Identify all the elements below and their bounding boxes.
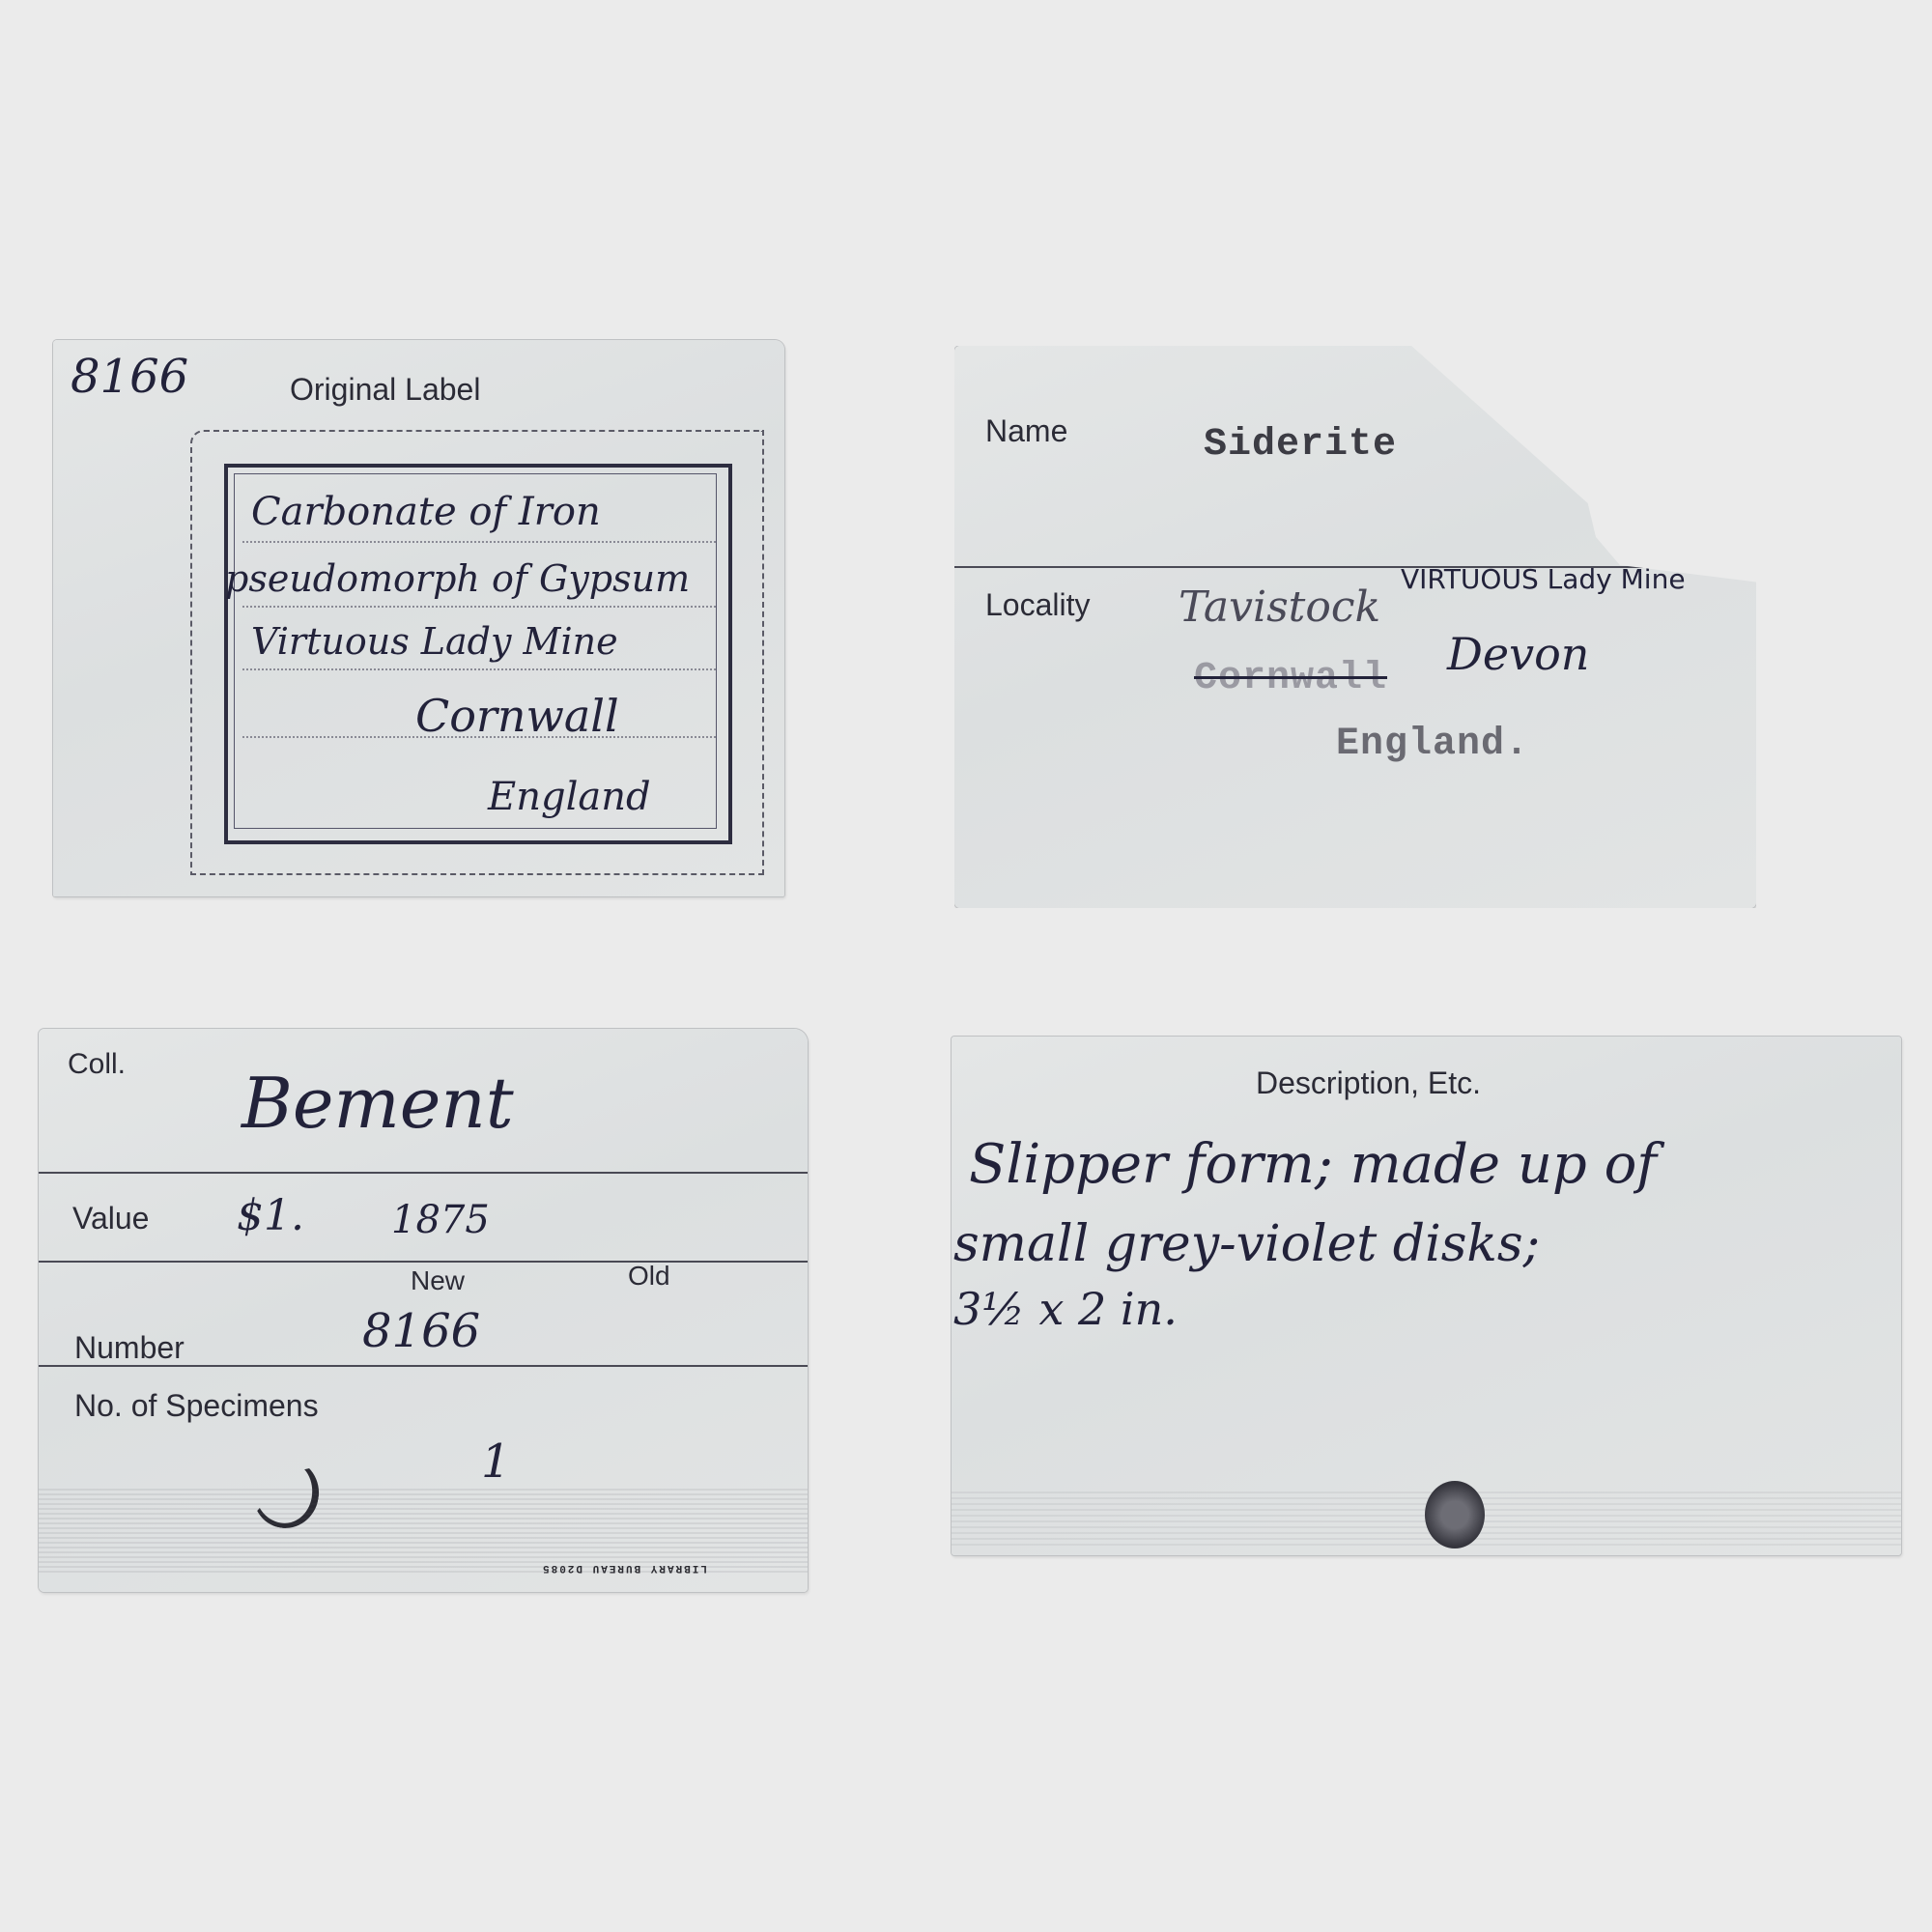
row-divider — [39, 1365, 808, 1367]
row-divider — [39, 1172, 808, 1174]
original-label-heading: Original Label — [290, 372, 480, 408]
coll-value: Bement — [241, 1063, 514, 1144]
label-ruled-line — [242, 668, 716, 670]
description-card: Description, Etc. Slipper form; made up … — [952, 1037, 1901, 1555]
value-amount: $1. — [237, 1191, 304, 1240]
original-label-card: 8166 Original Label Carbonate of Iron ps… — [53, 340, 784, 896]
value-year: 1875 — [391, 1198, 490, 1242]
description-line-1: Slipper form; made up of — [969, 1133, 1657, 1196]
name-label: Name — [985, 413, 1067, 449]
ink-stamp-mark — [1425, 1481, 1485, 1548]
locality-country: England. — [1336, 723, 1529, 766]
label-ruled-line — [242, 606, 716, 608]
number-label: Number — [74, 1330, 185, 1366]
catalog-number: 8166 — [71, 350, 188, 404]
label-line-3: Virtuous Lady Mine — [251, 620, 618, 663]
locality-struck-out: Cornwall — [1194, 657, 1387, 700]
label-line-1: Carbonate of Iron — [251, 490, 601, 534]
coll-label: Coll. — [68, 1048, 126, 1081]
specimens-label: No. of Specimens — [74, 1388, 319, 1424]
new-label: New — [411, 1265, 465, 1296]
label-line-5: England — [488, 775, 651, 819]
locality-label: Locality — [985, 587, 1091, 623]
row-divider — [39, 1261, 808, 1263]
name-locality-card: Name Siderite Locality VIRTUOUS Lady Min… — [954, 346, 1756, 908]
collection-card: Coll. Bement Value $1. 1875 New Old Numb… — [39, 1029, 808, 1592]
value-label: Value — [72, 1201, 149, 1236]
number-new-value: 8166 — [362, 1304, 480, 1358]
locality-mine: VIRTUOUS Lady Mine — [1401, 563, 1686, 595]
specimens-value: 1 — [481, 1435, 511, 1489]
old-label: Old — [628, 1261, 670, 1292]
name-value: Siderite — [1204, 423, 1397, 467]
description-line-3: 3½ x 2 in. — [953, 1283, 1178, 1335]
description-heading: Description, Etc. — [1256, 1065, 1481, 1101]
label-ruled-line — [242, 541, 716, 543]
paper-texture — [39, 1486, 808, 1573]
label-line-2: pseudomorph of Gypsum — [225, 557, 690, 600]
label-line-4: Cornwall — [415, 690, 619, 742]
printer-mark: LIBRARY BUREAU D2085 — [541, 1562, 707, 1574]
locality-town: Tavistock — [1179, 582, 1380, 632]
description-line-2: small grey-violet disks; — [953, 1215, 1540, 1273]
locality-county: Devon — [1447, 628, 1589, 680]
